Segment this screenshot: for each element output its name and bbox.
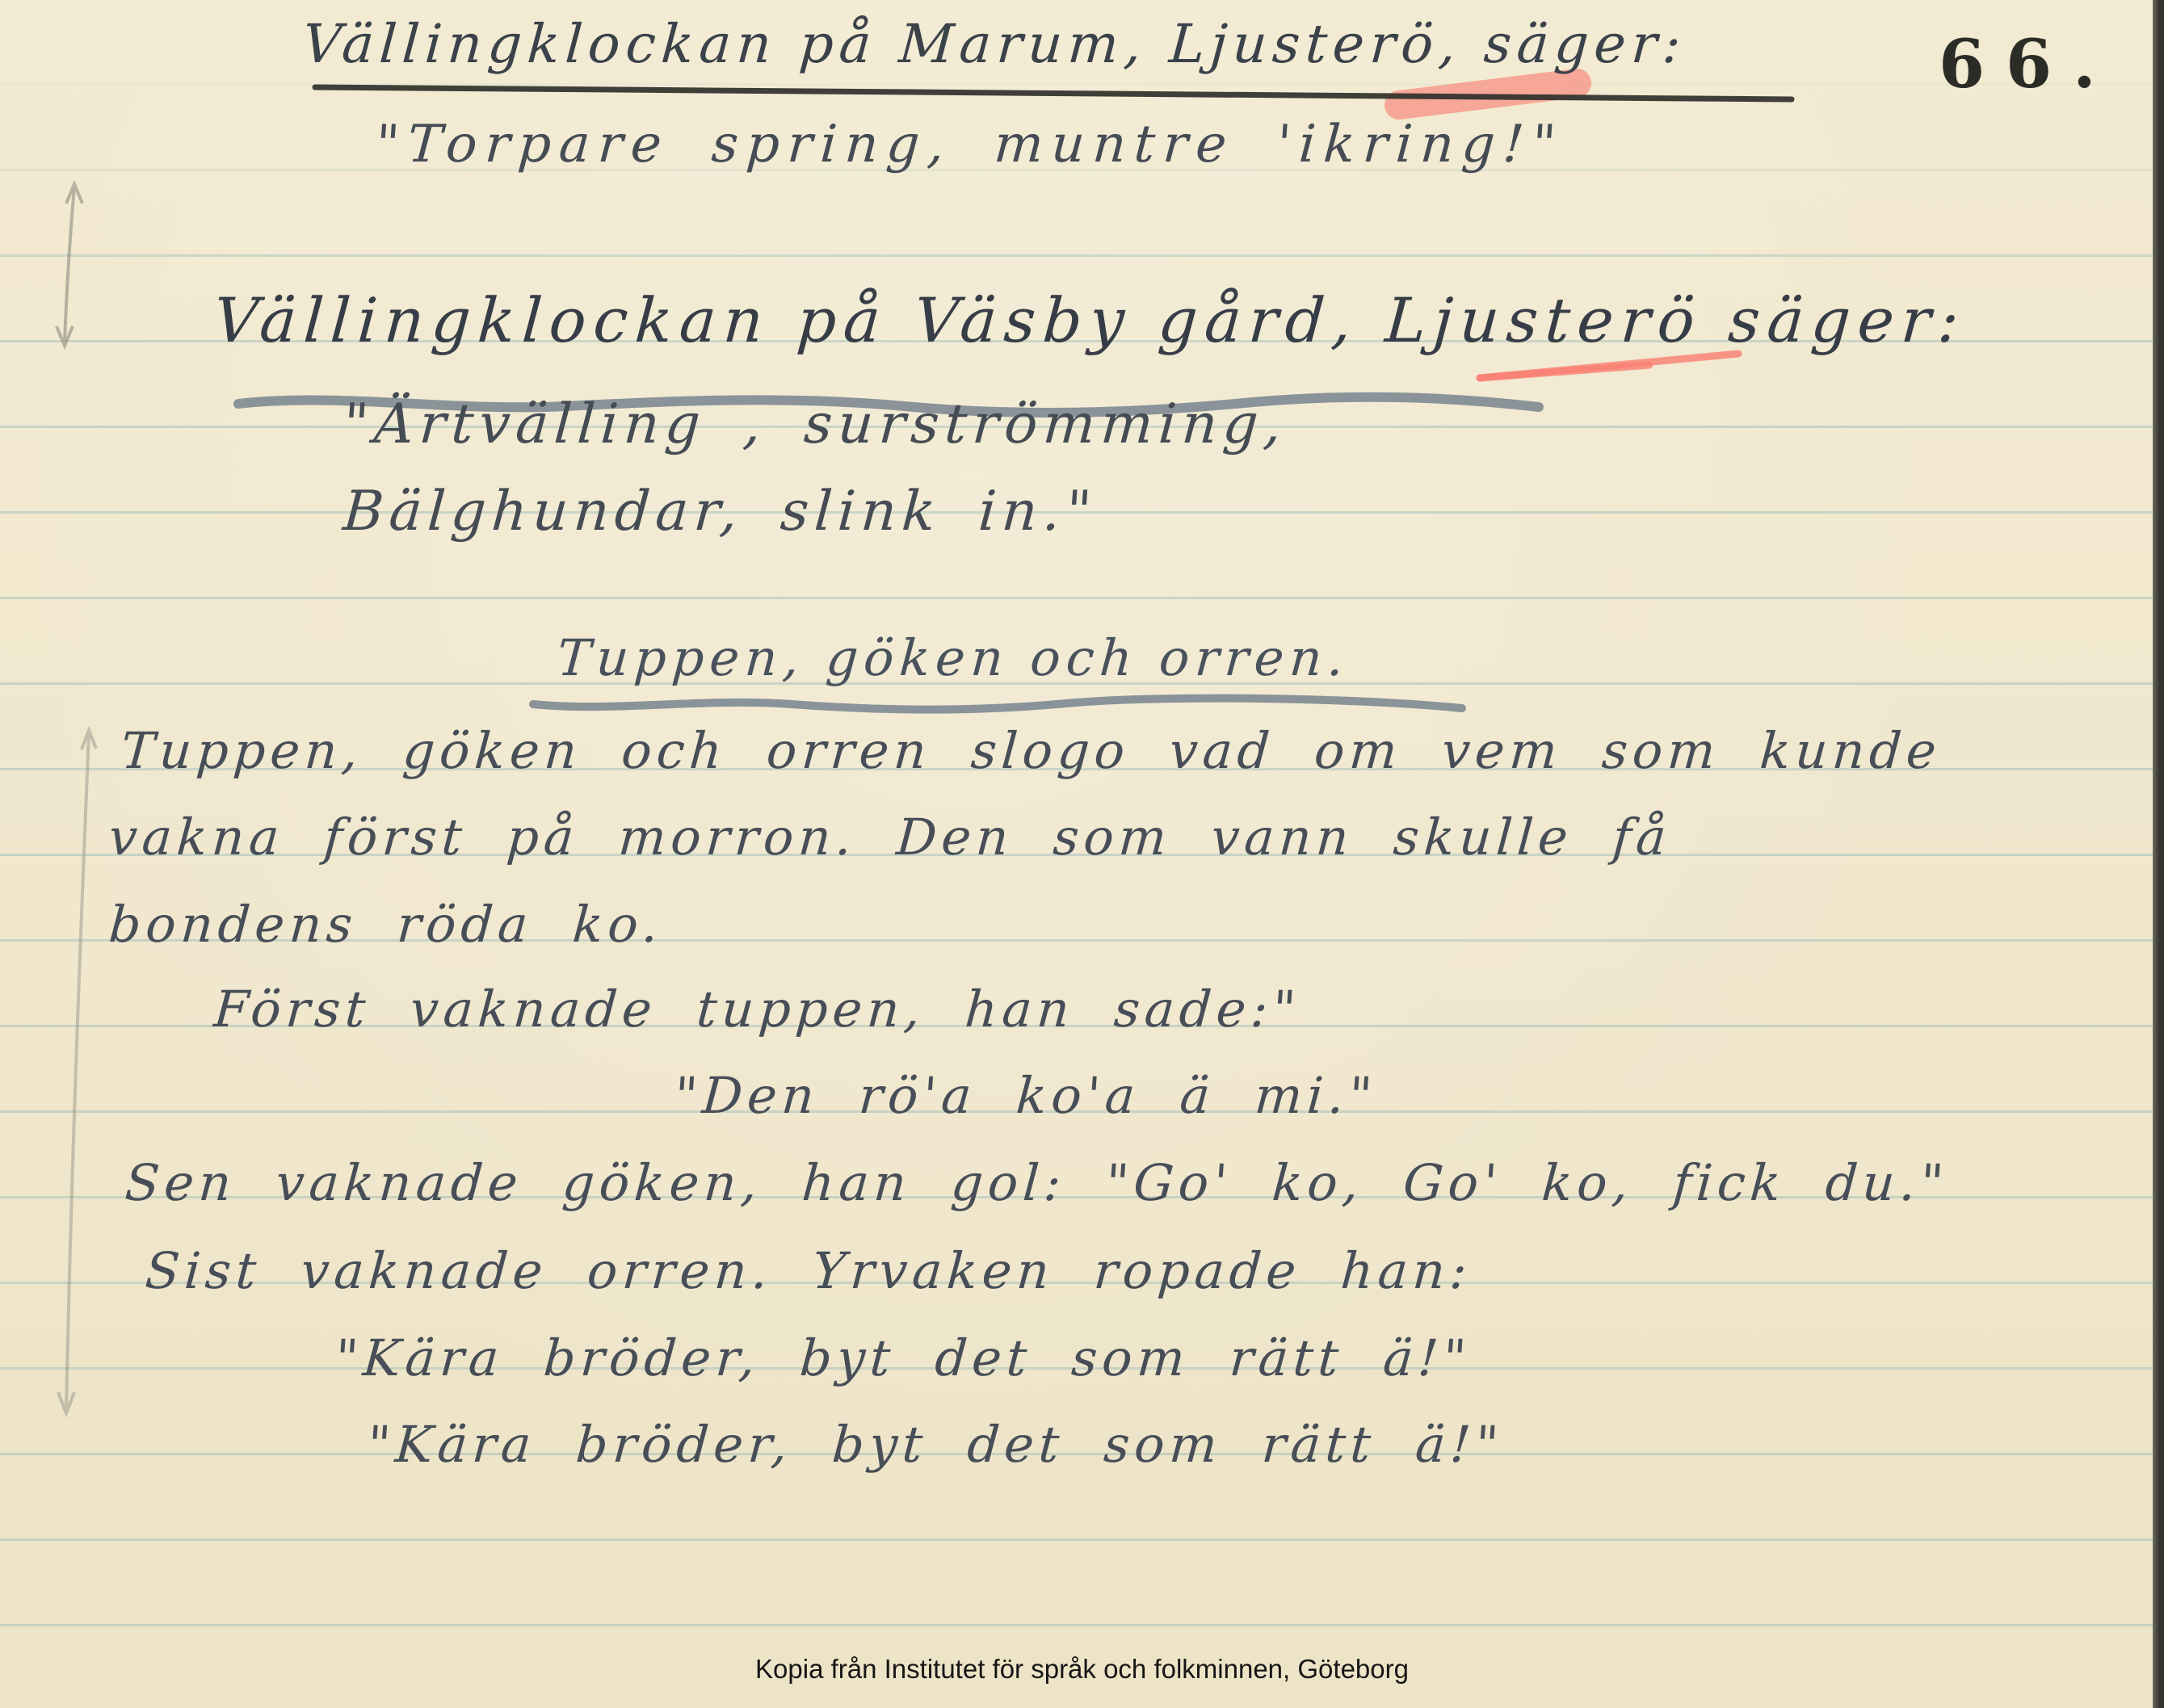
story-line: "Den rö'a ko'a ä mi."	[672, 1066, 1378, 1125]
page-number: 66.	[1939, 26, 2117, 103]
heading-vasby: Vällingklockan på Väsby gård, Ljusterö s…	[212, 284, 1969, 356]
story-line: Tuppen, göken och orren slogo vad om vem…	[119, 721, 1943, 780]
story-line: Sen vaknade göken, han gol: "Go' ko, Go'…	[123, 1153, 1950, 1212]
story-line: bondens röda ko.	[107, 895, 665, 954]
vasby-rhyme-line-2: Bälghundar, slink in."	[341, 480, 1099, 543]
heading-marum: Vällingklockan på Marum, Ljusterö, säger…	[300, 13, 1688, 75]
archive-copy-footer: Kopia från Institutet för språk och folk…	[755, 1654, 1409, 1685]
story-line: "Kära bröder, byt det som rätt ä!"	[365, 1415, 1505, 1474]
pencil-arrow-long	[58, 730, 96, 1413]
heading-story-underline	[533, 699, 1462, 710]
story-line: Sist vaknade orren. Yrvaken ropade han:	[143, 1241, 1473, 1300]
story-line: "Kära bröder, byt det som rätt ä!"	[333, 1328, 1473, 1387]
marum-rhyme-line: "Torpare spring, muntre 'ikring!"	[373, 115, 1565, 174]
scanned-notebook-page: 66. Vällingklockan på Marum, Ljusterö, s…	[0, 0, 2164, 1708]
pencil-arrow-short	[57, 184, 82, 346]
heading-story: Tuppen, göken och orren.	[555, 628, 1351, 687]
scan-edge-shadow	[2153, 0, 2164, 1708]
vasby-rhyme-line-1: "Ärtvälling , surströmming,	[341, 392, 1289, 456]
story-line: Först vaknade tuppen, han sade:"	[212, 980, 1302, 1039]
story-line: vakna först på morron. Den som vann skul…	[107, 808, 1673, 867]
